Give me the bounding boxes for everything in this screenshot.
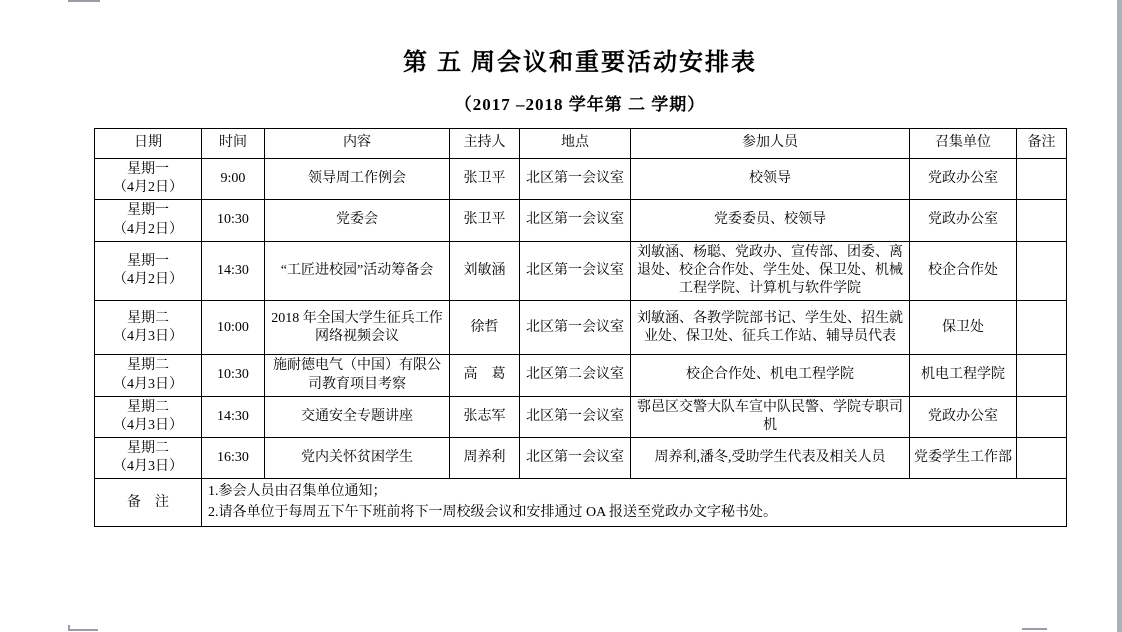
host-cell: 徐哲 — [450, 301, 520, 355]
remark-cell — [1017, 200, 1067, 241]
remark-cell — [1017, 438, 1067, 479]
organizer-cell: 保卫处 — [910, 301, 1017, 355]
host-cell: 刘敏涵 — [450, 241, 520, 301]
remarks-notes-cell: 1.参会人员由召集单位通知； 2.请各单位于每周五下午下班前将下一周校级会议和安… — [202, 479, 1067, 527]
schedule-table: 日期 时间 内容 主持人 地点 参加人员 召集单位 备注 星期一 （4月2日） … — [94, 128, 1067, 527]
time-cell: 9:00 — [202, 159, 265, 200]
date-cell: 星期二 （4月3日） — [95, 438, 202, 479]
col-header-remark: 备注 — [1017, 129, 1067, 159]
col-header-host: 主持人 — [450, 129, 520, 159]
schedule-row: 星期二 （4月3日） 14:30 交通安全专题讲座 张志军 北区第一会议室 鄠邑… — [95, 396, 1067, 437]
weekday-text: 星期二 — [98, 310, 198, 328]
header-row: 日期 时间 内容 主持人 地点 参加人员 召集单位 备注 — [95, 129, 1067, 159]
col-header-time: 时间 — [202, 129, 265, 159]
participants-cell: 刘敏涵、杨聪、党政办、宣传部、团委、离退处、校企合作处、学生处、保卫处、机械工程… — [631, 241, 910, 301]
host-cell: 周养利 — [450, 438, 520, 479]
date-text: （4月3日） — [98, 328, 198, 346]
weekday-text: 星期二 — [98, 357, 198, 375]
content-cell: 交通安全专题讲座 — [265, 396, 450, 437]
participants-cell: 周养利,潘冬,受助学生代表及相关人员 — [631, 438, 910, 479]
schedule-row: 星期二 （4月3日） 10:30 施耐德电气（中国）有限公司教育项目考察 高 葛… — [95, 355, 1067, 396]
location-cell: 北区第一会议室 — [520, 241, 631, 301]
host-cell: 张志军 — [450, 396, 520, 437]
organizer-cell: 校企合作处 — [910, 241, 1017, 301]
page-margin-mark-bottom-left — [68, 625, 98, 631]
weekday-text: 星期二 — [98, 440, 198, 458]
content-cell: “工匠进校园”活动筹备会 — [265, 241, 450, 301]
col-header-date: 日期 — [95, 129, 202, 159]
remarks-label-cell: 备 注 — [95, 479, 202, 527]
content-cell: 领导周工作例会 — [265, 159, 450, 200]
location-cell: 北区第一会议室 — [520, 200, 631, 241]
remark-cell — [1017, 301, 1067, 355]
content-cell: 2018 年全国大学生征兵工作网络视频会议 — [265, 301, 450, 355]
date-cell: 星期二 （4月3日） — [95, 301, 202, 355]
remark-cell — [1017, 241, 1067, 301]
document-subtitle: （2017 –2018 学年第 二 学期） — [94, 90, 1066, 115]
location-cell: 北区第二会议室 — [520, 355, 631, 396]
schedule-row: 星期二 （4月3日） 16:30 党内关怀贫困学生 周养利 北区第一会议室 周养… — [95, 438, 1067, 479]
weekday-text: 星期一 — [98, 253, 198, 271]
col-header-organizer: 召集单位 — [910, 129, 1017, 159]
date-text: （4月3日） — [98, 376, 198, 394]
time-cell: 14:30 — [202, 396, 265, 437]
participants-cell: 党委委员、校领导 — [631, 200, 910, 241]
time-cell: 16:30 — [202, 438, 265, 479]
remark-cell — [1017, 355, 1067, 396]
time-cell: 10:30 — [202, 200, 265, 241]
page-margin-mark-top-left — [68, 0, 100, 2]
col-header-location: 地点 — [520, 129, 631, 159]
organizer-cell: 党政办公室 — [910, 159, 1017, 200]
host-cell: 张卫平 — [450, 159, 520, 200]
date-cell: 星期一 （4月2日） — [95, 159, 202, 200]
organizer-cell: 党政办公室 — [910, 200, 1017, 241]
date-text: （4月3日） — [98, 458, 198, 476]
time-cell: 14:30 — [202, 241, 265, 301]
remark-cell — [1017, 396, 1067, 437]
organizer-cell: 党政办公室 — [910, 396, 1017, 437]
date-cell: 星期二 （4月3日） — [95, 396, 202, 437]
weekday-text: 星期二 — [98, 399, 198, 417]
content-cell: 党委会 — [265, 200, 450, 241]
date-cell: 星期一 （4月2日） — [95, 241, 202, 301]
location-cell: 北区第一会议室 — [520, 159, 631, 200]
date-text: （4月3日） — [98, 417, 198, 435]
remarks-row: 备 注 1.参会人员由召集单位通知； 2.请各单位于每周五下午下班前将下一周校级… — [95, 479, 1067, 527]
weekday-text: 星期一 — [98, 161, 198, 179]
remark-cell — [1017, 159, 1067, 200]
participants-cell: 鄠邑区交警大队车宣中队民警、学院专职司机 — [631, 396, 910, 437]
content-cell: 党内关怀贫困学生 — [265, 438, 450, 479]
date-text: （4月2日） — [98, 271, 198, 289]
weekday-text: 星期一 — [98, 202, 198, 220]
participants-cell: 刘敏涵、各教学院部书记、学生处、招生就业处、保卫处、征兵工作站、辅导员代表 — [631, 301, 910, 355]
participants-cell: 校领导 — [631, 159, 910, 200]
schedule-row: 星期一 （4月2日） 10:30 党委会 张卫平 北区第一会议室 党委委员、校领… — [95, 200, 1067, 241]
location-cell: 北区第一会议室 — [520, 438, 631, 479]
participants-cell: 校企合作处、机电工程学院 — [631, 355, 910, 396]
remark-note-1: 1.参会人员由召集单位通知； — [208, 482, 1060, 502]
date-text: （4月2日） — [98, 179, 198, 197]
content-cell: 施耐德电气（中国）有限公司教育项目考察 — [265, 355, 450, 396]
schedule-body: 星期一 （4月2日） 9:00 领导周工作例会 张卫平 北区第一会议室 校领导 … — [95, 159, 1067, 479]
host-cell: 张卫平 — [450, 200, 520, 241]
location-cell: 北区第一会议室 — [520, 301, 631, 355]
host-cell: 高 葛 — [450, 355, 520, 396]
date-text: （4月2日） — [98, 221, 198, 239]
col-header-content: 内容 — [265, 129, 450, 159]
time-cell: 10:30 — [202, 355, 265, 396]
organizer-cell: 党委学生工作部 — [910, 438, 1017, 479]
schedule-row: 星期一 （4月2日） 14:30 “工匠进校园”活动筹备会 刘敏涵 北区第一会议… — [95, 241, 1067, 301]
organizer-cell: 机电工程学院 — [910, 355, 1017, 396]
schedule-row: 星期二 （4月3日） 10:00 2018 年全国大学生征兵工作网络视频会议 徐… — [95, 301, 1067, 355]
col-header-participants: 参加人员 — [631, 129, 910, 159]
document-title: 第 五 周会议和重要活动安排表 — [94, 42, 1066, 77]
time-cell: 10:00 — [202, 301, 265, 355]
vertical-scrollbar[interactable] — [1117, 0, 1122, 632]
schedule-row: 星期一 （4月2日） 9:00 领导周工作例会 张卫平 北区第一会议室 校领导 … — [95, 159, 1067, 200]
date-cell: 星期一 （4月2日） — [95, 200, 202, 241]
remark-note-2: 2.请各单位于每周五下午下班前将下一周校级会议和安排通过 OA 报送至党政办文字… — [208, 503, 1060, 523]
date-cell: 星期二 （4月3日） — [95, 355, 202, 396]
page-margin-mark-bottom-right — [1022, 628, 1047, 630]
location-cell: 北区第一会议室 — [520, 396, 631, 437]
